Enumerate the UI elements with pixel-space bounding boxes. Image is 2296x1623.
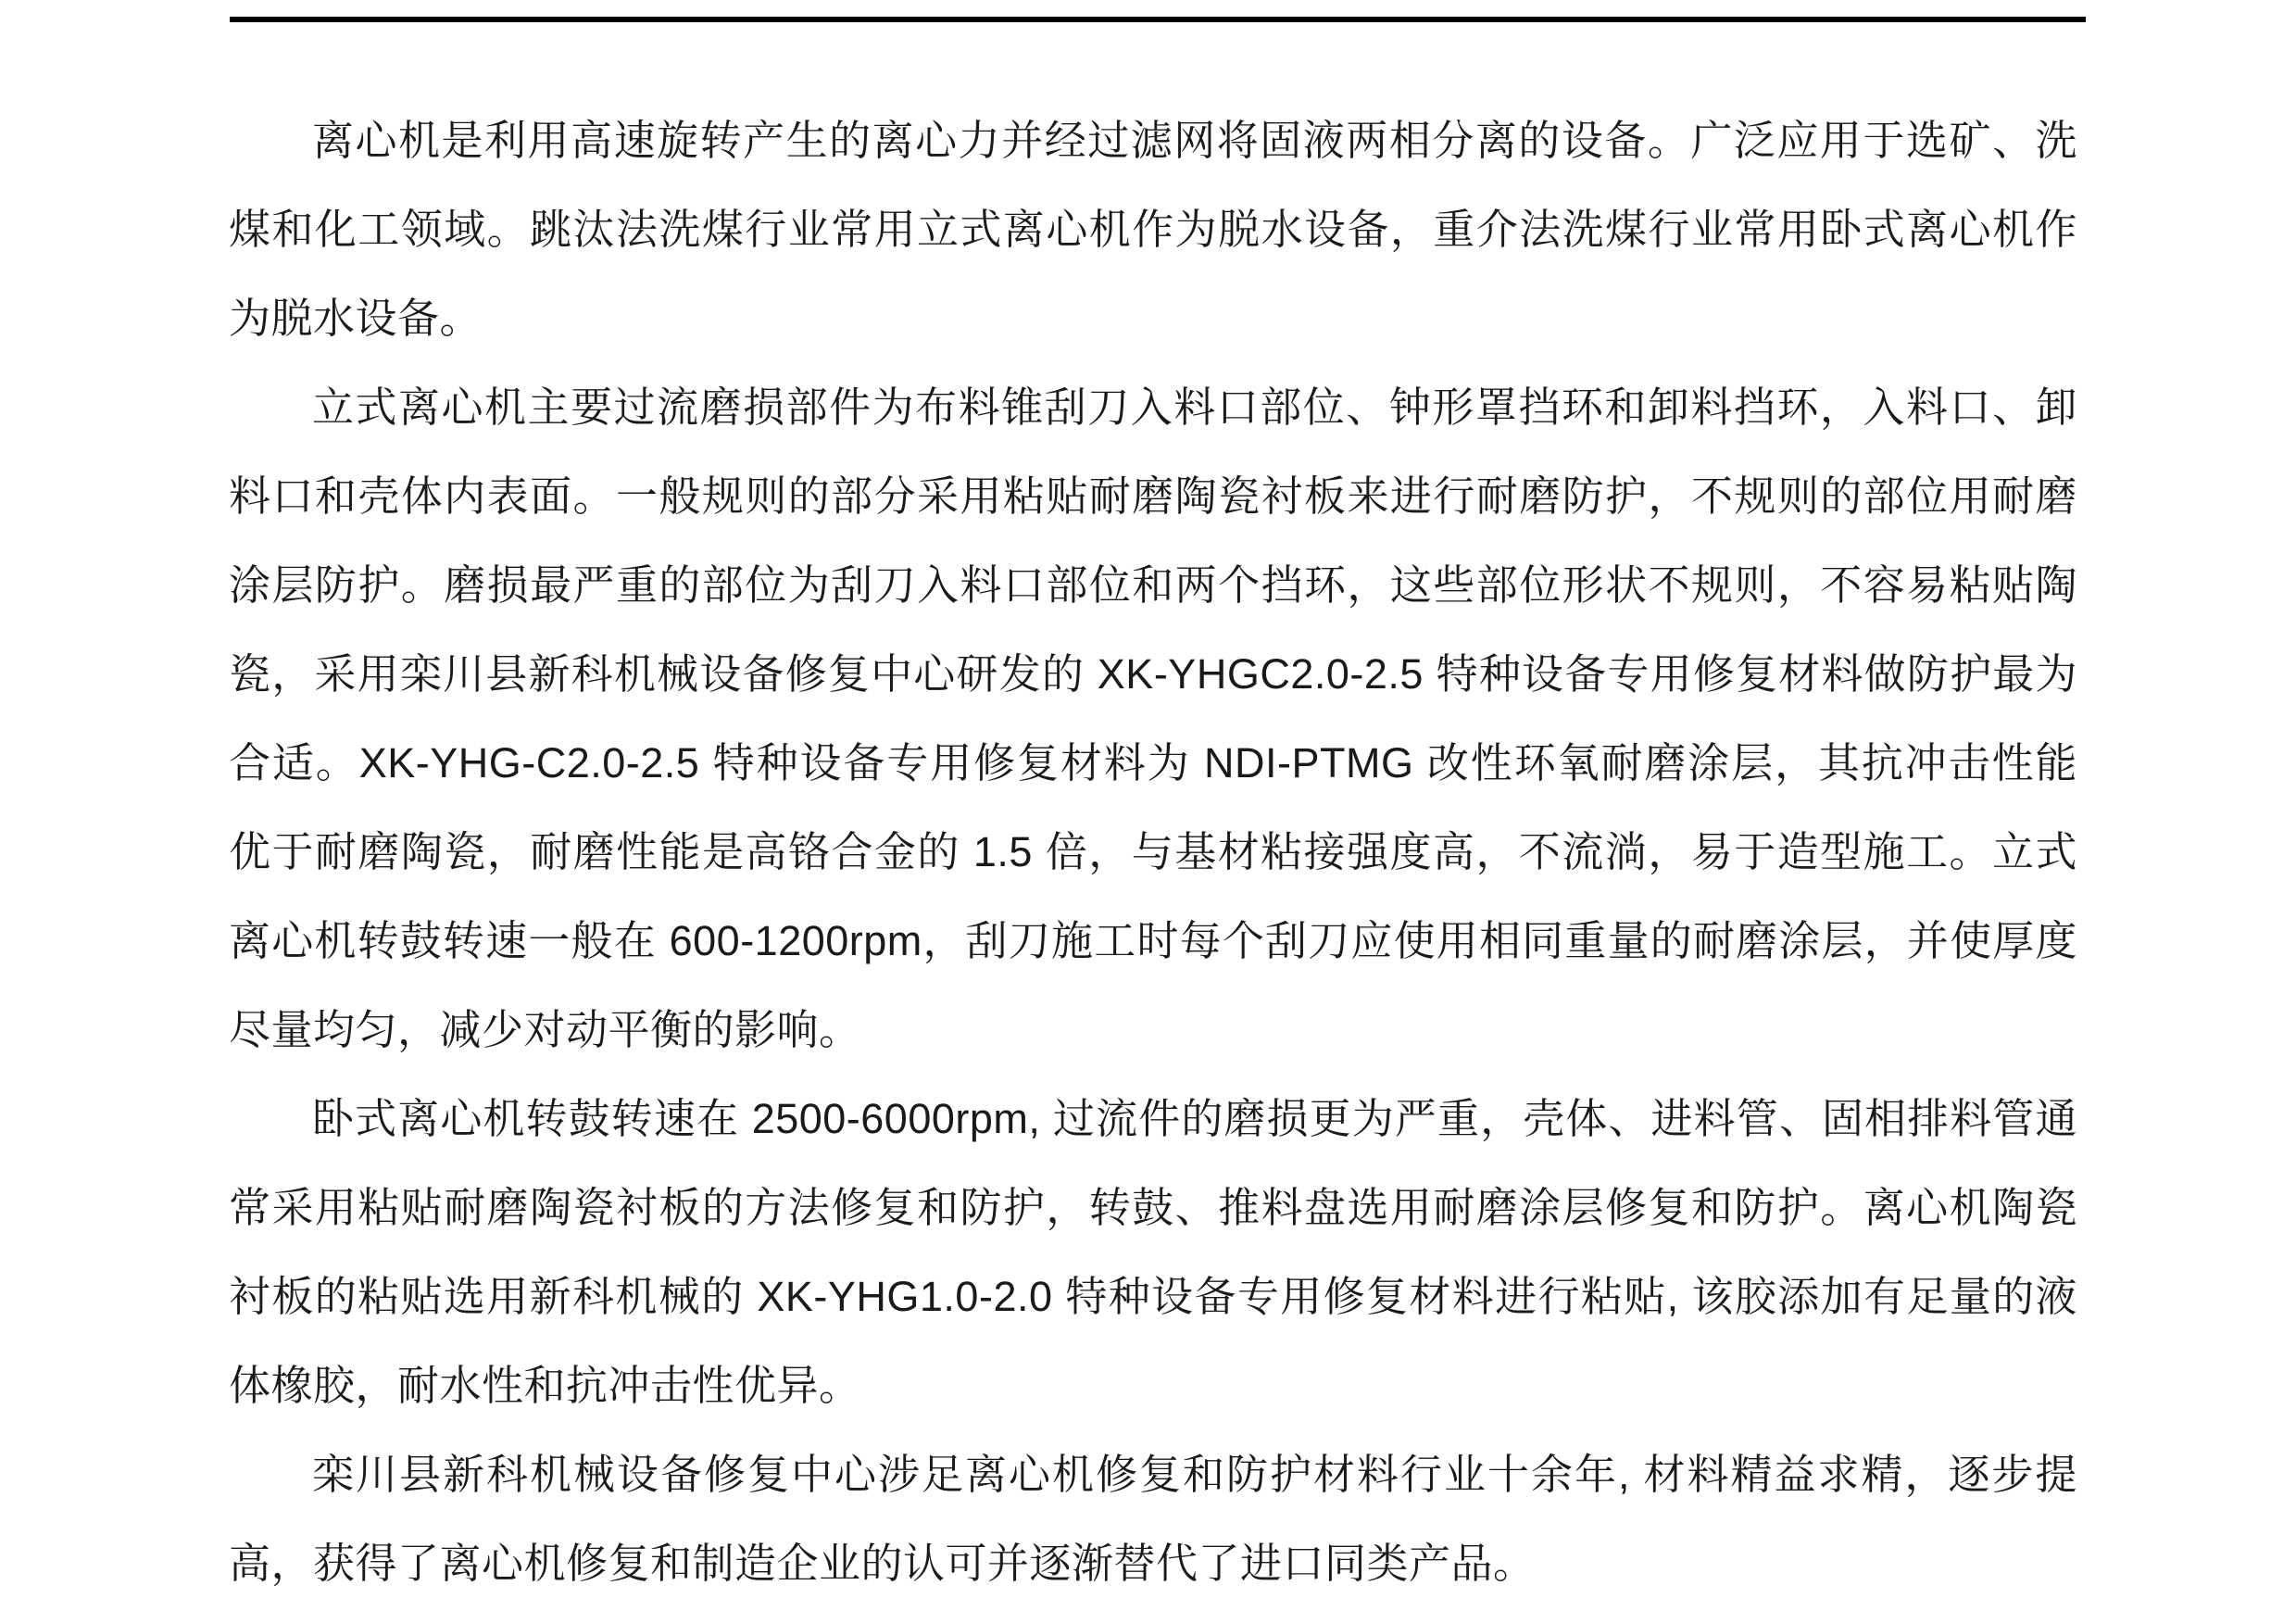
document-body: 离心机是利用高速旋转产生的离心力并经过滤网将固液两相分离的设备。广泛应用于选矿、… (229, 96, 2077, 1608)
header-rule (230, 17, 2086, 22)
document-page: 离心机是利用高速旋转产生的离心力并经过滤网将固液两相分离的设备。广泛应用于选矿、… (0, 0, 2296, 1623)
paragraph-horizontal-centrifuge: 卧式离心机转鼓转速在 2500-6000rpm, 过流件的磨损更为严重，壳体、进… (229, 1075, 2077, 1430)
paragraph-centrifuge-intro: 离心机是利用高速旋转产生的离心力并经过滤网将固液两相分离的设备。广泛应用于选矿、… (229, 96, 2077, 363)
paragraph-vertical-centrifuge: 立式离心机主要过流磨损部件为布料锥刮刀入料口部位、钟形罩挡环和卸料挡环，入料口、… (229, 363, 2077, 1075)
paragraph-company-summary: 栾川县新科机械设备修复中心涉足离心机修复和防护材料行业十余年, 材料精益求精，逐… (229, 1430, 2077, 1608)
